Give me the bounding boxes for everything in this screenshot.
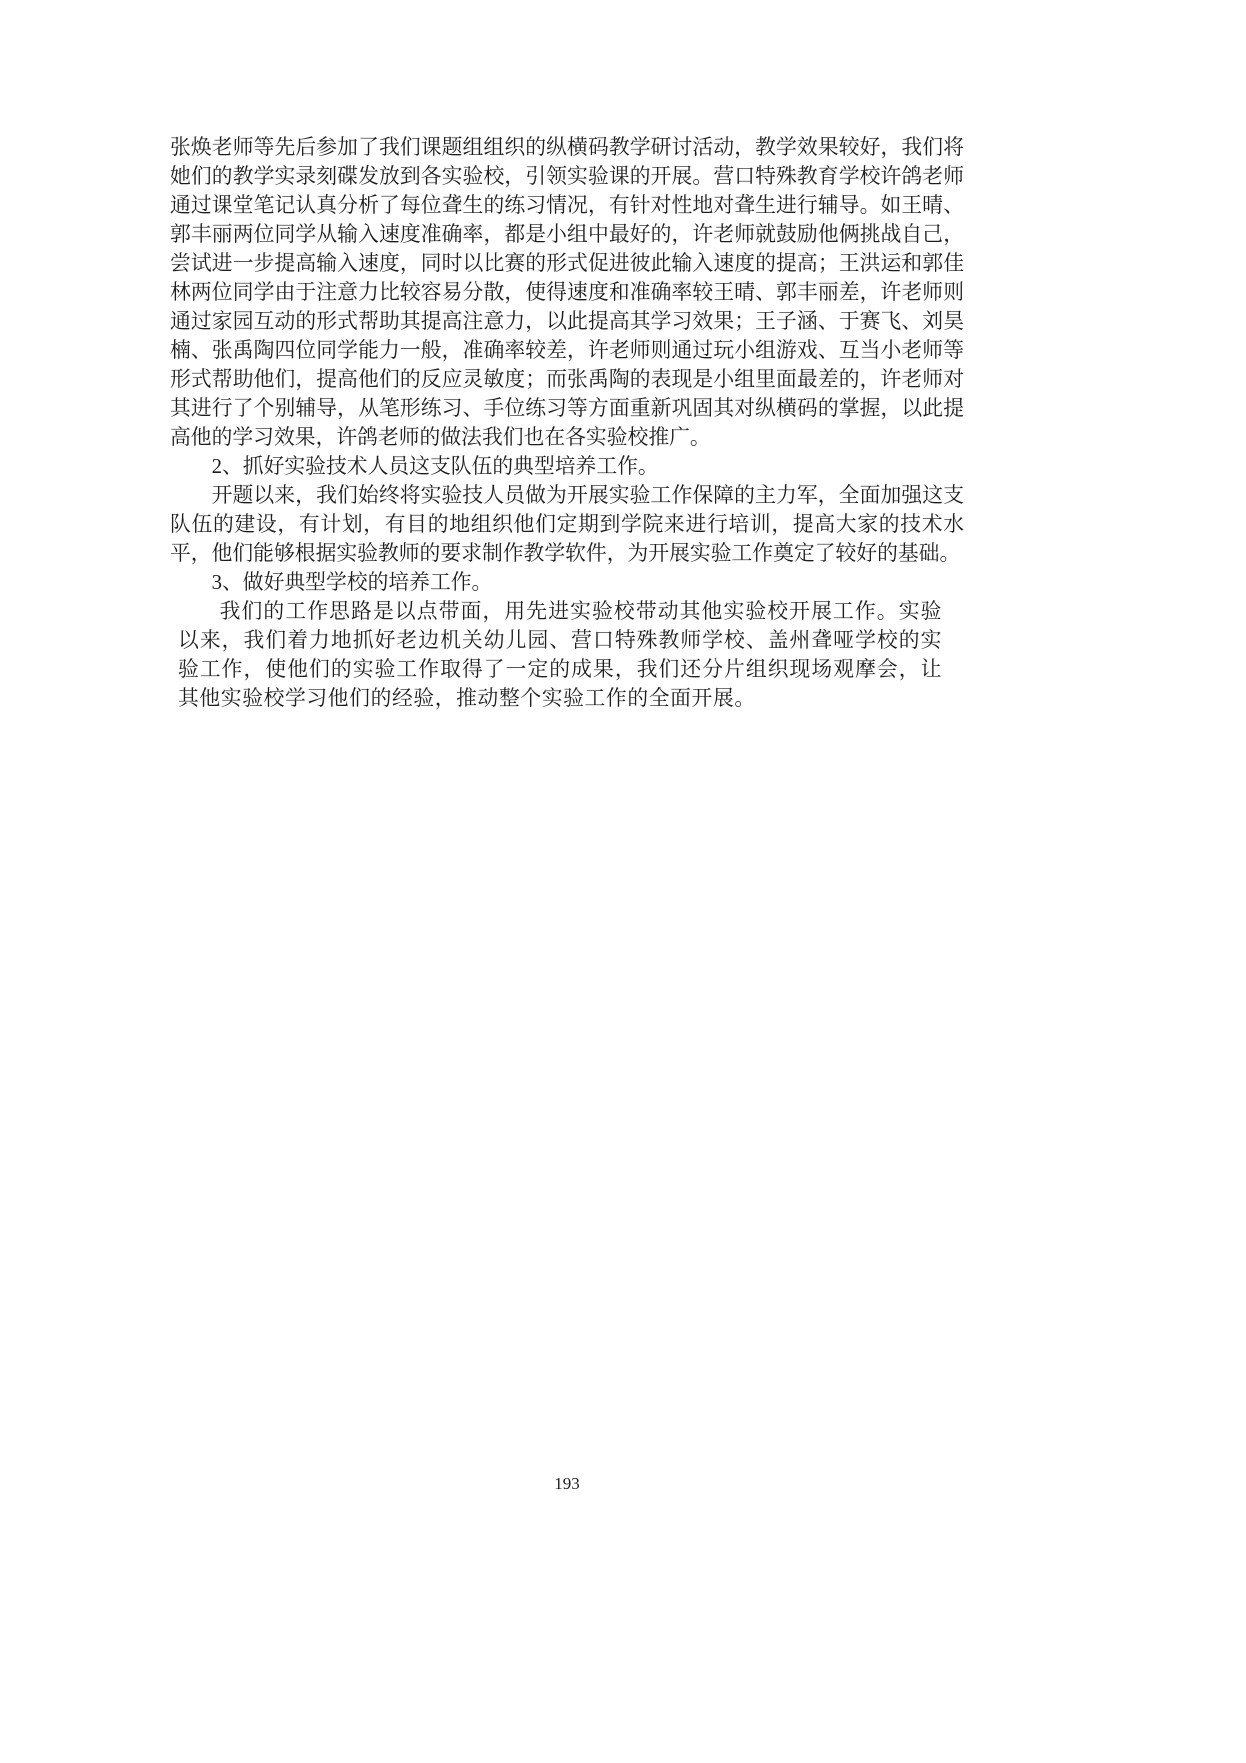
page-number: 193 (170, 1474, 964, 1494)
heading-item-2: 2、抓好实验技术人员这支队伍的典型培养工作。 (170, 452, 964, 481)
paragraph-technical-staff: 开题以来，我们始终将实验技人员做为开展实验工作保障的主力军，全面加强这支队伍的建… (170, 481, 964, 568)
heading-item-3: 3、做好典型学校的培养工作。 (170, 568, 964, 597)
document-page: 张焕老师等先后参加了我们课题组组织的纵横码教学研讨活动，教学效果较好，我们将她们… (0, 0, 1246, 1763)
page-body-text: 张焕老师等先后参加了我们课题组组织的纵横码教学研讨活动，教学效果较好，我们将她们… (170, 133, 964, 713)
paragraph-model-schools: 我们的工作思路是以点带面，用先进实验校带动其他实验校开展工作。实验以来，我们着力… (170, 597, 964, 713)
paragraph-continued: 张焕老师等先后参加了我们课题组组织的纵横码教学研讨活动，教学效果较好，我们将她们… (170, 133, 964, 452)
